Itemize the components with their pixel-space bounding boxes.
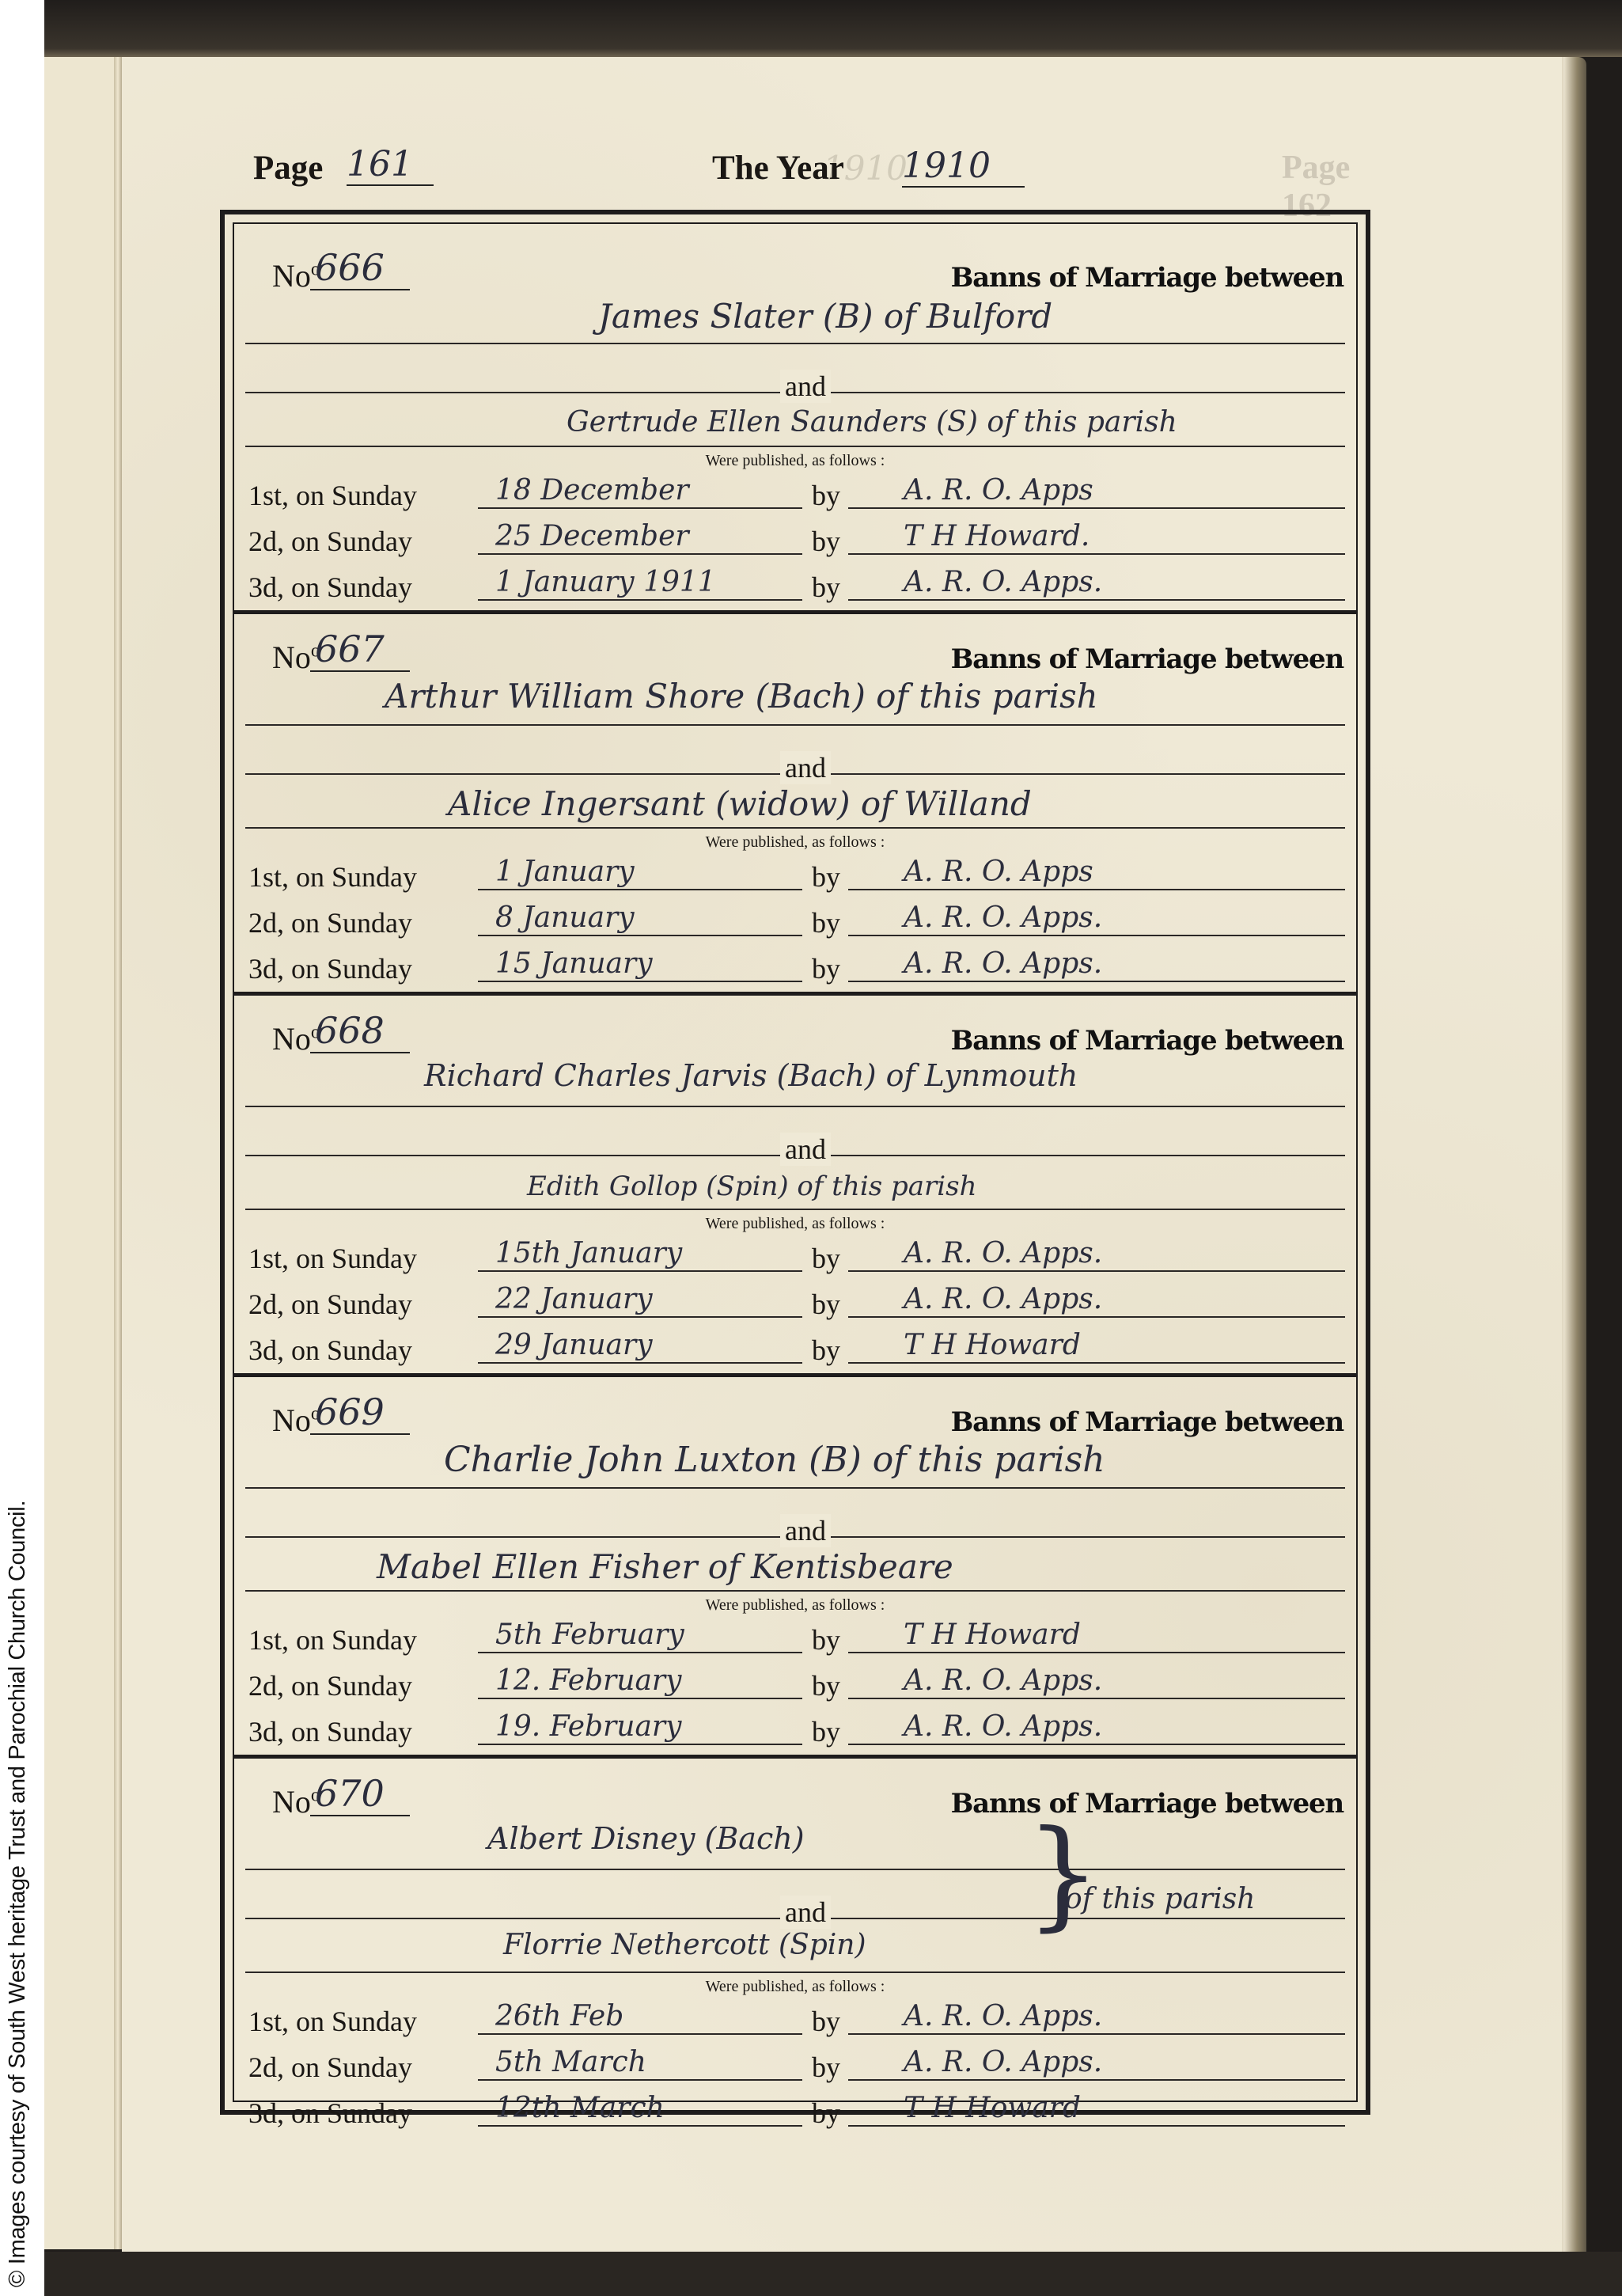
groom-rule: [245, 343, 1345, 344]
reading-date: 15 January: [478, 947, 802, 982]
bride-rule: [245, 1972, 1345, 1973]
groom-rule: [245, 724, 1345, 726]
bride-line: Gertrude Ellen Saunders (S) of this pari…: [567, 406, 1177, 438]
officiant: A. R. O. Apps: [848, 856, 1345, 890]
officiant: A. R. O. Apps.: [848, 1710, 1345, 1745]
by-label: by: [812, 2005, 840, 2038]
reading-date: 19. February: [478, 1710, 802, 1745]
reading-label: 3d, on Sunday: [248, 571, 412, 604]
banns-entry: Noo 666 Banns of Marriage between James …: [234, 224, 1356, 604]
banns-heading: Banns of Marriage between: [951, 262, 1343, 294]
officiant: A. R. O. Apps.: [848, 1237, 1345, 1272]
and-label: and: [780, 751, 831, 784]
reading-date: 15th January: [478, 1237, 802, 1272]
officiant: T H Howard.: [848, 520, 1345, 555]
banns-heading: Banns of Marriage between: [951, 643, 1343, 675]
banns-heading: Banns of Marriage between: [951, 1788, 1343, 1820]
reading-label: 3d, on Sunday: [248, 1715, 412, 1748]
by-label: by: [812, 1715, 840, 1748]
published-label: Were published, as follows :: [234, 833, 1356, 852]
page-label: Page: [253, 149, 323, 188]
entry-number: 667: [310, 628, 410, 672]
reading-row-2: 2d, on Sunday 22 January by A. R. O. App…: [248, 1283, 1345, 1324]
banns-heading: Banns of Marriage between: [951, 1406, 1343, 1438]
by-label: by: [812, 2097, 840, 2130]
entry-number: 666: [310, 246, 410, 290]
bride-rule: [245, 1590, 1345, 1592]
reading-row-3: 3d, on Sunday 29 January by T H Howard: [248, 1329, 1345, 1370]
by-label: by: [812, 1334, 840, 1367]
officiant: T H Howard: [848, 2092, 1345, 2127]
reading-label: 3d, on Sunday: [248, 1334, 412, 1367]
reading-row-1: 1st, on Sunday 1 January by A. R. O. App…: [248, 856, 1345, 897]
entry-number: 668: [310, 1009, 410, 1053]
banns-entry: Noo 668 Banns of Marriage between Richar…: [234, 987, 1356, 1367]
bride-rule: [245, 446, 1345, 447]
by-label: by: [812, 1288, 840, 1321]
by-label: by: [812, 860, 840, 894]
officiant: A. R. O. Apps.: [848, 1664, 1345, 1699]
by-label: by: [812, 906, 840, 939]
residence-brace: }: [1025, 1805, 1101, 1943]
officiant: A. R. O. Apps.: [848, 566, 1345, 601]
by-label: by: [812, 571, 840, 604]
officiant: A. R. O. Apps.: [848, 2000, 1345, 2035]
reading-date: 12th March: [478, 2092, 802, 2127]
by-label: by: [812, 2051, 840, 2084]
reading-date: 1 January: [478, 856, 802, 890]
reading-label: 1st, on Sunday: [248, 860, 417, 894]
reading-label: 2d, on Sunday: [248, 525, 412, 558]
banns-entry: Noo 670 Banns of Marriage between Albert…: [234, 1750, 1356, 2130]
reading-label: 2d, on Sunday: [248, 1669, 412, 1702]
bride-rule: [245, 1209, 1345, 1210]
reading-label: 3d, on Sunday: [248, 952, 412, 985]
reading-date: 29 January: [478, 1329, 802, 1364]
officiant: A. R. O. Apps.: [848, 2046, 1345, 2081]
shared-residence: of this parish: [1065, 1883, 1255, 1915]
groom-rule: [245, 1106, 1345, 1107]
banns-entry: Noo 667 Banns of Marriage between Arthur…: [234, 605, 1356, 985]
bride-line: Mabel Ellen Fisher of Kentisbeare: [377, 1547, 953, 1586]
officiant: T H Howard: [848, 1619, 1345, 1653]
groom-line: Charlie John Luxton (B) of this parish: [444, 1440, 1105, 1480]
officiant: T H Howard: [848, 1329, 1345, 1364]
officiant: A. R. O. Apps: [848, 474, 1345, 509]
reading-row-3: 3d, on Sunday 12th March by T H Howard: [248, 2092, 1345, 2133]
reading-label: 1st, on Sunday: [248, 1242, 417, 1275]
groom-rule: [245, 1487, 1345, 1489]
reading-date: 1 January 1911: [478, 566, 802, 601]
by-label: by: [812, 525, 840, 558]
page-number: 161: [347, 144, 434, 186]
reading-row-3: 3d, on Sunday 15 January by A. R. O. App…: [248, 947, 1345, 989]
entry-number: 670: [310, 1772, 410, 1816]
reading-label: 1st, on Sunday: [248, 479, 417, 512]
by-label: by: [812, 1623, 840, 1657]
reading-row-3: 3d, on Sunday 19. February by A. R. O. A…: [248, 1710, 1345, 1751]
reading-row-3: 3d, on Sunday 1 January 1911 by A. R. O.…: [248, 566, 1345, 607]
published-label: Were published, as follows :: [234, 452, 1356, 470]
reading-date: 12. February: [478, 1664, 802, 1699]
bride-line: Alice Ingersant (widow) of Willand: [448, 784, 1032, 823]
banns-entry: Noo 669 Banns of Marriage between Charli…: [234, 1368, 1356, 1748]
reading-label: 2d, on Sunday: [248, 1288, 412, 1321]
by-label: by: [812, 952, 840, 985]
reading-label: 2d, on Sunday: [248, 2051, 412, 2084]
groom-line: Arthur William Shore (Bach) of this pari…: [385, 677, 1098, 715]
reading-label: 3d, on Sunday: [248, 2097, 412, 2130]
reading-date: 8 January: [478, 901, 802, 936]
form-inner-border: Noo 666 Banns of Marriage between James …: [233, 222, 1358, 2102]
reading-row-1: 1st, on Sunday 26th Feb by A. R. O. Apps…: [248, 2000, 1345, 2041]
and-label: and: [780, 370, 831, 403]
bride-line: Florrie Nethercott (Spin): [503, 1929, 866, 1961]
reading-row-1: 1st, on Sunday 18 December by A. R. O. A…: [248, 474, 1345, 515]
and-label: and: [780, 1133, 831, 1166]
banns-heading: Banns of Marriage between: [951, 1025, 1343, 1057]
facing-page-strip: [44, 57, 117, 2249]
officiant: A. R. O. Apps.: [848, 1283, 1345, 1318]
groom-line: Richard Charles Jarvis (Bach) of Lynmout…: [424, 1058, 1078, 1093]
page-header: 1910 Page 162 Page 161 The Year 1910: [253, 149, 1361, 204]
reading-date: 25 December: [478, 520, 802, 555]
reading-row-2: 2d, on Sunday 25 December by T H Howard.: [248, 520, 1345, 561]
published-label: Were published, as follows :: [234, 1978, 1356, 1996]
published-label: Were published, as follows :: [234, 1596, 1356, 1615]
reading-date: 18 December: [478, 474, 802, 509]
book-gutter: [114, 57, 122, 2249]
bride-rule: [245, 827, 1345, 829]
reading-row-2: 2d, on Sunday 8 January by A. R. O. Apps…: [248, 901, 1345, 943]
by-label: by: [812, 479, 840, 512]
and-label: and: [780, 1896, 831, 1929]
reading-row-1: 1st, on Sunday 5th February by T H Howar…: [248, 1619, 1345, 1660]
and-label: and: [780, 1514, 831, 1547]
groom-line: Albert Disney (Bach): [487, 1821, 805, 1856]
reading-date: 5th March: [478, 2046, 802, 2081]
published-label: Were published, as follows :: [234, 1215, 1356, 1233]
reading-row-1: 1st, on Sunday 15th January by A. R. O. …: [248, 1237, 1345, 1278]
reading-date: 26th Feb: [478, 2000, 802, 2035]
officiant: A. R. O. Apps.: [848, 901, 1345, 936]
by-label: by: [812, 1669, 840, 1702]
reading-label: 2d, on Sunday: [248, 906, 412, 939]
book-cover-edge: [44, 0, 1622, 57]
groom-rule: [245, 1869, 1345, 1870]
reading-row-2: 2d, on Sunday 5th March by A. R. O. Apps…: [248, 2046, 1345, 2087]
reading-label: 1st, on Sunday: [248, 2005, 417, 2038]
book-bottom-edge: [44, 2252, 1622, 2296]
officiant: A. R. O. Apps.: [848, 947, 1345, 982]
year-value: 1910: [902, 146, 1025, 188]
reading-date: 22 January: [478, 1283, 802, 1318]
reading-date: 5th February: [478, 1619, 802, 1653]
entry-number: 669: [310, 1391, 410, 1435]
reading-row-2: 2d, on Sunday 12. February by A. R. O. A…: [248, 1664, 1345, 1706]
image-credit: © Images courtesy of South West heritage…: [5, 1501, 31, 2287]
bride-line: Edith Gollop (Spin) of this parish: [527, 1171, 976, 1202]
year-label: The Year: [712, 149, 844, 188]
by-label: by: [812, 1242, 840, 1275]
groom-line: James Slater (B) of Bulford: [598, 297, 1052, 336]
banns-register-form: Noo 666 Banns of Marriage between James …: [220, 210, 1370, 2115]
reading-label: 1st, on Sunday: [248, 1623, 417, 1657]
